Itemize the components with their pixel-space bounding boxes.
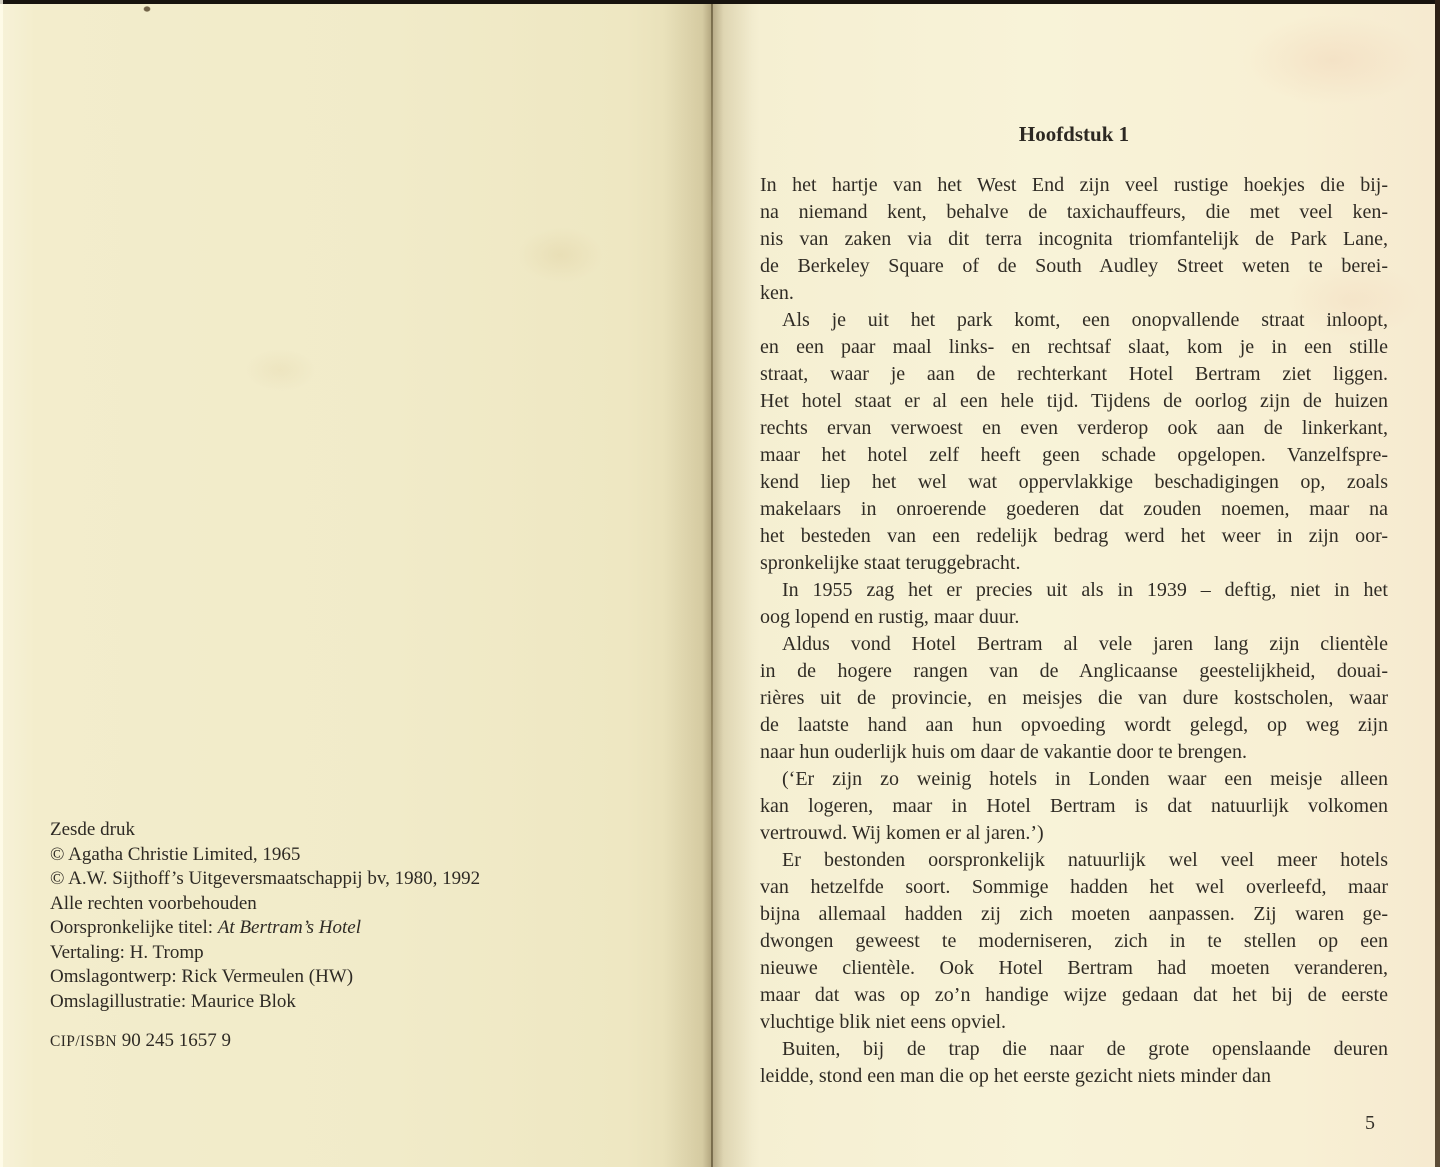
text-line: in de hogere rangen van de Anglicaanse g… xyxy=(760,658,1388,685)
text-line: het besteden van een redelijk bedrag wer… xyxy=(760,523,1388,550)
text-line: bijna allemaal hadden zij zich moeten aa… xyxy=(760,901,1388,928)
book-scan: Zesde druk © Agatha Christie Limited, 19… xyxy=(0,0,1440,1167)
text-line: nieuwe clientèle. Ook Hotel Bertram had … xyxy=(760,955,1388,982)
text-line: en een paar maal links- en rechtsaf slaa… xyxy=(760,334,1388,361)
text-line: In 1955 zag het er precies uit als in 19… xyxy=(760,577,1388,604)
text-line: na niemand kent, behalve de taxichauffeu… xyxy=(760,199,1388,226)
original-title-value: At Bertram’s Hotel xyxy=(218,917,361,938)
text-line: nis van zaken via dit terra incognita tr… xyxy=(760,226,1388,253)
colophon-copyright-author: © Agatha Christie Limited, 1965 xyxy=(50,843,610,868)
isbn-label: CIP/ISBN xyxy=(50,1033,117,1050)
colophon-rights: Alle rechten voorbehouden xyxy=(50,892,610,917)
text-line: (‘Er zijn zo weinig hotels in Londen waa… xyxy=(760,766,1388,793)
colophon-original-title: Oorspronkelijke titel: At Bertram’s Hote… xyxy=(50,916,610,941)
text-line: maar het hotel zelf heeft geen schade op… xyxy=(760,442,1388,469)
left-page: Zesde druk © Agatha Christie Limited, 19… xyxy=(0,0,712,1167)
text-line: dwongen geweest te moderniseren, zich in… xyxy=(760,928,1388,955)
text-line: de Berkeley Square of de South Audley St… xyxy=(760,253,1388,280)
text-line: leidde, stond een man die op het eerste … xyxy=(760,1063,1388,1090)
colophon-copyright-publisher: © A.W. Sijthoff’s Uitgeversmaatschappij … xyxy=(50,867,610,892)
text-line: Buiten, bij de trap die naar de grote op… xyxy=(760,1036,1388,1063)
text-line: kend liep het wel wat oppervlakkige besc… xyxy=(760,469,1388,496)
colophon-translation: Vertaling: H. Tromp xyxy=(50,941,610,966)
text-line: Als je uit het park komt, een onopvallen… xyxy=(760,307,1388,334)
text-line: rechts ervan verwoest en even verderop o… xyxy=(760,415,1388,442)
text-line: Het hotel staat er al een hele tijd. Tij… xyxy=(760,388,1388,415)
original-title-label: Oorspronkelijke titel: xyxy=(50,917,218,938)
left-page-edge xyxy=(0,0,3,1167)
text-line: vertrouwd. Wij komen er al jaren.’) xyxy=(760,820,1388,847)
text-line: vluchtige blik niet eens opviel. xyxy=(760,1009,1388,1036)
chapter-heading: Hoofdstuk 1 xyxy=(760,122,1388,147)
top-edge xyxy=(0,0,1440,4)
colophon-cover-design: Omslagontwerp: Rick Vermeulen (HW) xyxy=(50,965,610,990)
text-line: kan logeren, maar in Hotel Bertram is da… xyxy=(760,793,1388,820)
page-number: 5 xyxy=(760,1112,1375,1135)
paragraph: Aldus vond Hotel Bertram al vele jaren l… xyxy=(760,631,1388,766)
text-line: rières uit de provincie, en meisjes die … xyxy=(760,685,1388,712)
paragraph: Als je uit het park komt, een onopvallen… xyxy=(760,307,1388,577)
text-line: van hetzelfde soort. Sommige hadden het … xyxy=(760,874,1388,901)
paragraph: In 1955 zag het er precies uit als in 19… xyxy=(760,577,1388,631)
text-line: maar dat was op zo’n handige wijze gedaa… xyxy=(760,982,1388,1009)
colophon-edition: Zesde druk xyxy=(50,818,610,843)
paragraph: Buiten, bij de trap die naar de grote op… xyxy=(760,1036,1388,1090)
text-line: de laatste hand aan hun opvoeding wordt … xyxy=(760,712,1388,739)
isbn-number: 90 245 1657 9 xyxy=(117,1030,231,1051)
text-line: ken. xyxy=(760,280,1388,307)
text-line: In het hartje van het West End zijn veel… xyxy=(760,172,1388,199)
colophon-isbn: CIP/ISBN 90 245 1657 9 xyxy=(50,1029,610,1055)
body-text: In het hartje van het West End zijn veel… xyxy=(760,172,1388,1090)
text-line: spronkelijke staat teruggebracht. xyxy=(760,550,1388,577)
text-line: Aldus vond Hotel Bertram al vele jaren l… xyxy=(760,631,1388,658)
paragraph: In het hartje van het West End zijn veel… xyxy=(760,172,1388,307)
text-line: straat, waar je aan de rechterkant Hotel… xyxy=(760,361,1388,388)
paragraph: (‘Er zijn zo weinig hotels in Londen waa… xyxy=(760,766,1388,847)
text-line: makelaars in onroerende goederen dat zou… xyxy=(760,496,1388,523)
right-page-edge xyxy=(1435,0,1440,1167)
paragraph: Er bestonden oorspronkelijk natuurlijk w… xyxy=(760,847,1388,1036)
text-line: naar hun ouderlijk huis om daar de vakan… xyxy=(760,739,1388,766)
text-line: Er bestonden oorspronkelijk natuurlijk w… xyxy=(760,847,1388,874)
text-line: oog lopend en rustig, maar duur. xyxy=(760,604,1388,631)
colophon-cover-illustration: Omslagillustratie: Maurice Blok xyxy=(50,990,610,1015)
colophon: Zesde druk © Agatha Christie Limited, 19… xyxy=(50,818,610,1055)
